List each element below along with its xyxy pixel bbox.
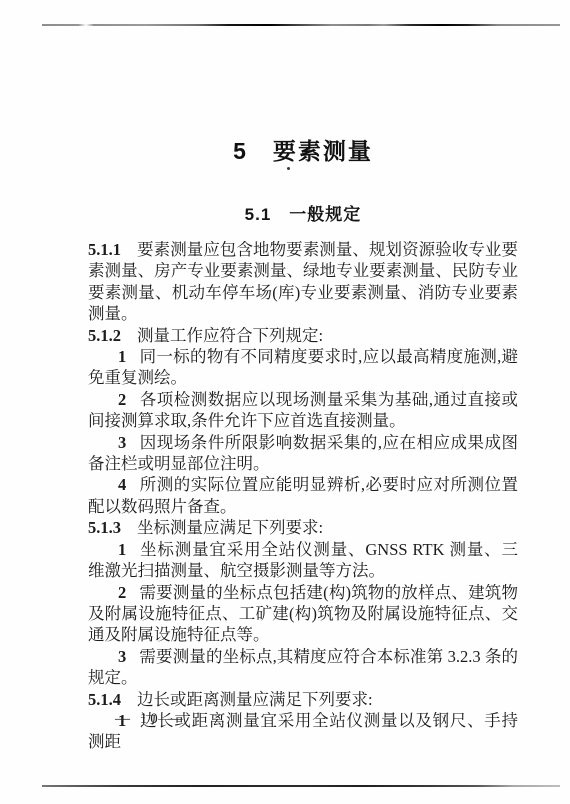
item-text: 需要测量的坐标点包括建(构)筑物的放样点、建筑物及附属设施特征点、工矿建(构)筑… bbox=[88, 583, 518, 645]
item-number: 1 bbox=[118, 347, 126, 366]
clause-number: 5.1.4 bbox=[88, 690, 121, 709]
clause-text: 坐标测量应满足下列要求: bbox=[137, 518, 323, 537]
clause-5-1-3-item-1: 1坐标测量宜采用全站仪测量、GNSS RTK 测量、三维激光扫描测量、航空摄影测… bbox=[88, 539, 518, 582]
clause-5-1-4: 5.1.4边长或距离测量应满足下列要求: bbox=[88, 689, 518, 710]
clause-number: 5.1.2 bbox=[88, 326, 121, 345]
item-text: 所测的实际位置应能明显辨析,必要时应对所测位置配以数码照片备查。 bbox=[88, 475, 518, 515]
clause-text: 边长或距离测量应满足下列要求: bbox=[137, 690, 373, 709]
item-number: 3 bbox=[118, 433, 126, 452]
item-text: 坐标测量宜采用全站仪测量、GNSS RTK 测量、三维激光扫描测量、航空摄影测量… bbox=[88, 540, 518, 580]
chapter-title: 5 要素测量 bbox=[88, 138, 518, 164]
item-text: 各项检测数据应以现场测量采集为基础,通过直接或间接测算求取,条件允许下应首选直接… bbox=[88, 390, 518, 430]
clause-number: 5.1.1 bbox=[88, 240, 121, 259]
clause-5-1-2-item-3: 3因现场条件所限影响数据采集的,应在相应成果成图备注栏或明显部位注明。 bbox=[88, 432, 518, 475]
clause-5-1-2: 5.1.2测量工作应符合下列规定: bbox=[88, 325, 518, 346]
item-number: 1 bbox=[118, 540, 126, 559]
section-heading: 5.1 一般规定 bbox=[88, 205, 518, 225]
clause-5-1-2-item-4: 4所测的实际位置应能明显辨析,必要时应对所测位置配以数码照片备查。 bbox=[88, 474, 518, 517]
clause-text: 要素测量应包含地物要素测量、规划资源验收专业要素测量、房产专业要素测量、绿地专业… bbox=[88, 240, 518, 323]
item-text: 因现场条件所限影响数据采集的,应在相应成果成图备注栏或明显部位注明。 bbox=[88, 433, 518, 473]
clause-5-1-2-item-2: 2各项检测数据应以现场测量采集为基础,通过直接或间接测算求取,条件允许下应首选直… bbox=[88, 389, 518, 432]
item-number: 3 bbox=[118, 647, 126, 666]
page-number: — 10 — bbox=[115, 711, 186, 728]
item-text: 需要测量的坐标点,其精度应符合本标准第 3.2.3 条的规定。 bbox=[88, 647, 518, 687]
page-content: 5 要素测量 5.1 一般规定 5.1.1要素测量应包含地物要素测量、规划资源验… bbox=[88, 0, 518, 753]
clause-5-1-3-item-3: 3需要测量的坐标点,其精度应符合本标准第 3.2.3 条的规定。 bbox=[88, 646, 518, 689]
scan-edge-line-bottom bbox=[42, 785, 560, 787]
clause-5-1-3: 5.1.3坐标测量应满足下列要求: bbox=[88, 517, 518, 538]
clause-5-1-3-item-2: 2需要测量的坐标点包括建(构)筑物的放样点、建筑物及附属设施特征点、工矿建(构)… bbox=[88, 582, 518, 646]
clause-5-1-1: 5.1.1要素测量应包含地物要素测量、规划资源验收专业要素测量、房产专业要素测量… bbox=[88, 239, 518, 325]
body-text: 5.1.1要素测量应包含地物要素测量、规划资源验收专业要素测量、房产专业要素测量… bbox=[88, 239, 518, 753]
clause-text: 测量工作应符合下列规定: bbox=[137, 326, 323, 345]
item-number: 4 bbox=[118, 475, 126, 494]
item-number: 2 bbox=[118, 583, 126, 602]
document-page: 5 要素测量 5.1 一般规定 5.1.1要素测量应包含地物要素测量、规划资源验… bbox=[0, 0, 570, 804]
clause-number: 5.1.3 bbox=[88, 518, 121, 537]
item-text: 同一标的物有不同精度要求时,应以最高精度施测,避免重复测绘。 bbox=[88, 347, 518, 387]
item-number: 2 bbox=[118, 390, 126, 409]
clause-5-1-2-item-1: 1同一标的物有不同精度要求时,应以最高精度施测,避免重复测绘。 bbox=[88, 346, 518, 389]
